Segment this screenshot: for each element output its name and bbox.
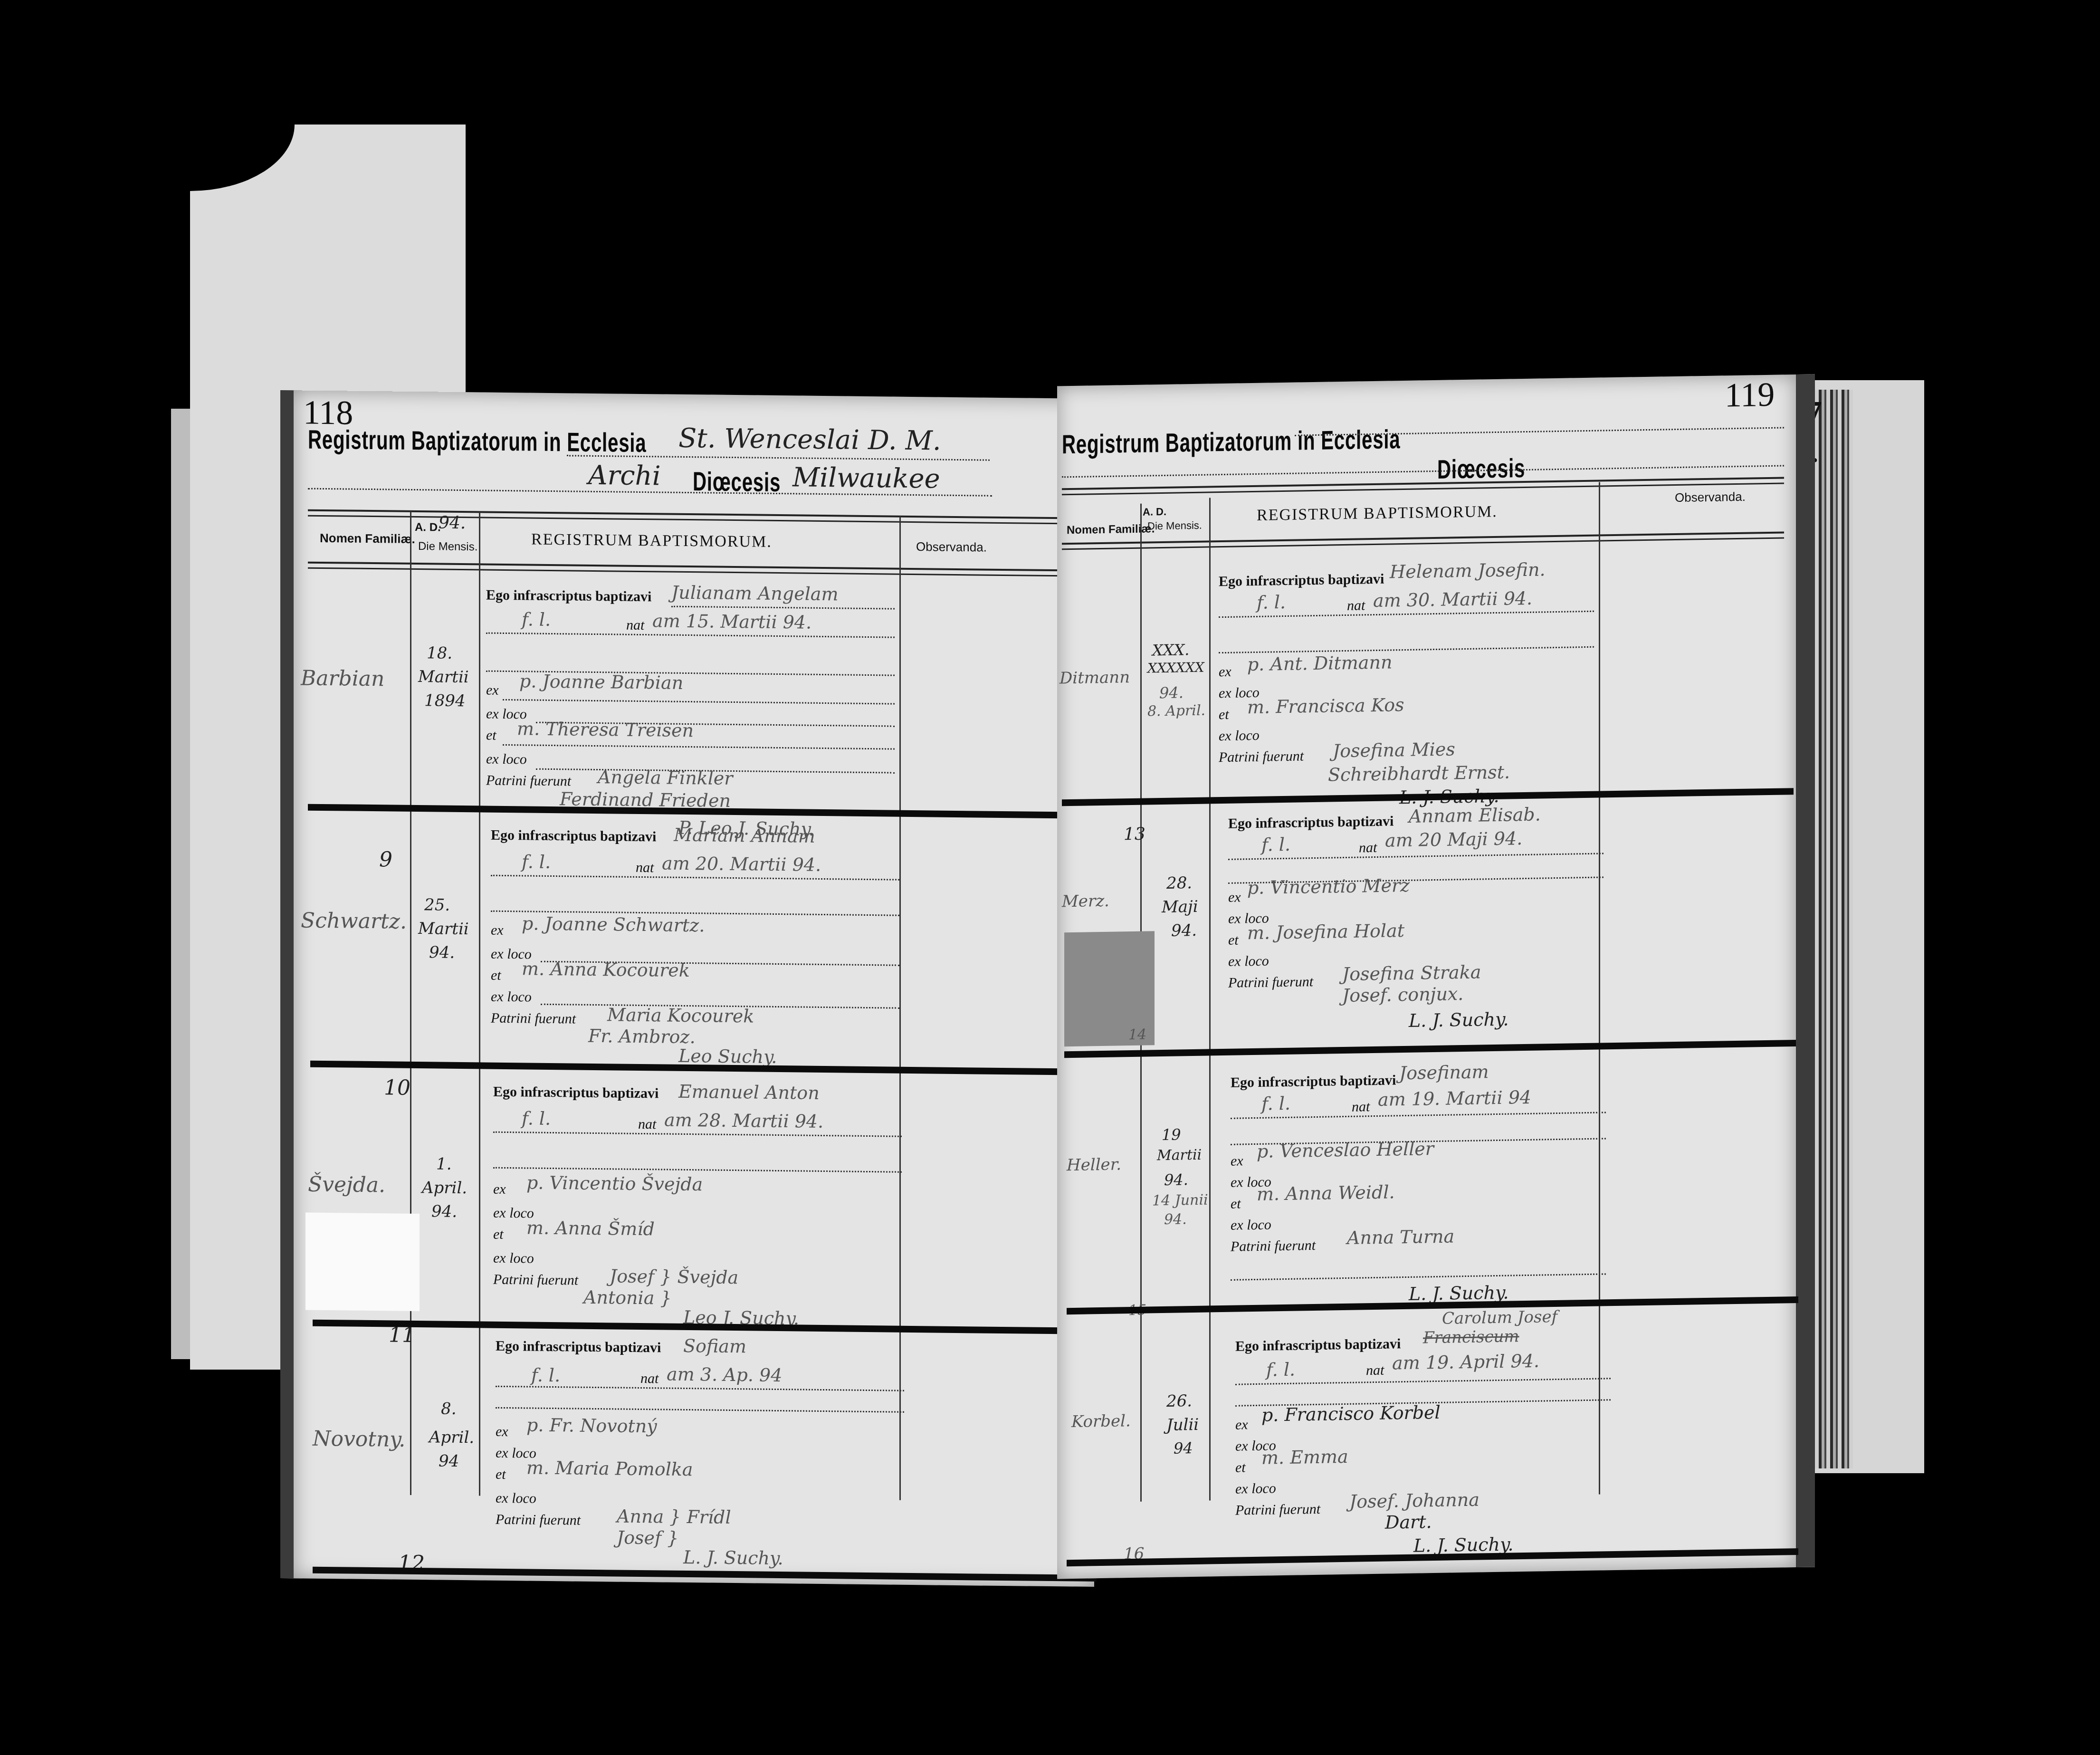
dotted-line [1231,1273,1606,1280]
loose-sheet-edge [171,409,192,1359]
legitimacy: f. l. [1266,1359,1295,1381]
label-et: et [493,1227,504,1243]
baptism-entry: Schwartz. 25. Martii 94. Ego infrascript… [294,813,1092,1069]
child-name: Carolum Josef [1442,1307,1557,1328]
godparent: Antonia } [583,1287,672,1309]
priest-signature: Leo Suchy. [678,1045,777,1067]
diocese-prefix: Archi [588,460,661,492]
mother-name: m. Anna Weidl. [1257,1181,1394,1205]
baptism-entry: Švejda. 1. April. 94. Ego infrascriptus … [294,1070,1092,1325]
father-name: p. Ant. Ditmann [1247,652,1392,675]
entry-year: 94. [1159,683,1184,702]
label-ego: Ego infrascriptus baptizavi [486,587,651,605]
birth-date: am 20. Martii 94. [662,853,821,875]
legitimacy: f. l. [1257,592,1286,613]
godparent: Josef } Švejda [610,1266,738,1288]
diocese-label: Diœcesis [1437,452,1525,485]
child-name: Helenam Josefin. [1390,559,1546,582]
label-patrini: Patrini fuerunt [486,773,571,790]
church-name: St. Wenceslai D. M. [678,423,941,457]
page-number: 119 [1725,375,1775,415]
priest-signature: L. J. Suchy. [683,1547,783,1569]
mother-name: m. Francisca Kos [1247,694,1404,718]
godparent: Fr. Ambroz. [588,1026,695,1047]
header-die-mensis: Die Mensis. [1147,519,1202,533]
header-observanda: Observanda. [1675,489,1746,505]
dotted-line [503,699,895,705]
godparent: Angela Finkler [598,767,733,789]
label-ego: Ego infrascriptus baptizavi [1228,813,1394,832]
mother-name: m. Theresa Treisen [517,718,694,741]
family-name: Barbian [301,666,384,691]
birth-date: am 20 Maji 94. [1385,828,1522,851]
family-name: Švejda. [308,1172,385,1198]
label-nat: nat [1366,1362,1384,1379]
entry-day: 26. [1166,1391,1192,1411]
godparent: Josefina Mies [1333,738,1455,761]
child-name: Emanuel Anton [678,1081,820,1103]
child-name: Annam Elisab. [1409,804,1541,827]
entry-year: 94. [1164,1170,1188,1189]
baptism-entry: Novotny. 8. April. 94 Ego infrascriptus … [294,1326,1092,1582]
header-registrum: REGISTRUM BAPTISMORUM. [1257,503,1498,525]
entry-year: 94 [1174,1439,1193,1458]
label-nat: nat [626,617,644,633]
godparent: Anna } Frídl [617,1506,731,1528]
godparent: Josef } [617,1527,678,1548]
header-registrum: REGISTRUM BAPTISMORUM. [531,531,772,551]
label-et: et [491,968,501,984]
header-die-mensis: Die Mensis. [418,540,477,554]
label-ex: ex [1219,664,1231,680]
entry-day: XXX. [1152,641,1190,659]
baptism-entry: Korbel. 26. Julii 94 Ego infrascriptus b… [1057,1306,1794,1564]
label-patrini: Patrini fuerunt [1219,748,1304,766]
priest-signature: L. J. Suchy. [1409,1009,1509,1031]
label-patrini: Patrini fuerunt [491,1010,576,1027]
label-ego: Ego infrascriptus baptizavi [493,1084,659,1102]
entry-month: XXXXXX [1147,660,1204,676]
label-ex-loco: ex loco [1228,953,1269,970]
right-page: 119 Registrum Baptizatorum in Ecclesia D… [1057,374,1815,1579]
entry-day: 25. [424,895,450,915]
header-observanda: Observanda. [916,539,987,555]
legitimacy: f. l. [531,1365,560,1386]
entry-day: 18. [427,643,452,663]
entry-year: 94. [431,1202,457,1221]
father-name: p. Venceslao Heller [1257,1138,1434,1162]
label-ex-loco: ex loco [486,751,527,768]
dotted-line [493,1132,902,1137]
godparent: Anna Turna [1347,1226,1454,1248]
label-ego: Ego infrascriptus baptizavi [1231,1072,1396,1091]
mother-name: m. Josefina Holat [1247,920,1404,943]
label-nat: nat [638,1116,656,1132]
father-name: p. Vincentio Švejda [526,1172,703,1195]
label-ex-loco: ex loco [493,1250,534,1267]
header-ad: A. D. [1143,506,1166,518]
dotted-line [491,875,899,881]
godparent: Maria Kocourek [607,1004,754,1026]
label-ex: ex [486,682,499,699]
label-patrini: Patrini fuerunt [1231,1237,1316,1255]
mother-name: m. Anna Šmíd [526,1217,655,1239]
label-ego: Ego infrascriptus baptizavi [1235,1336,1401,1354]
label-nat: nat [1347,597,1365,614]
label-et: et [486,728,496,744]
label-ex-loco: ex loco [1219,728,1260,744]
entry-year: 94. [429,943,455,962]
entry-date-note: 14 Junii [1152,1192,1208,1209]
entry-month: Martii [418,667,469,687]
register-title: Registrum Baptizatorum in Ecclesia [308,424,646,458]
dotted-line [496,1386,904,1391]
family-name: Novotny. [313,1427,405,1452]
godparent: Josef. Johanna [1349,1489,1480,1512]
entry-year: 94. [1171,921,1197,940]
left-page: 118 Registrum Baptizatorum in Ecclesia S… [280,390,1094,1587]
family-name: Heller. [1067,1155,1121,1175]
label-patrini: Patrini fuerunt [493,1272,578,1289]
birth-date: am 30. Martii 94. [1373,588,1532,611]
label-et: et [1228,932,1239,949]
entry-month: Maji [1162,897,1198,917]
godparent: Schreibhardt Ernst. [1328,762,1510,786]
child-name: Josefinam [1399,1061,1489,1084]
label-ex: ex [1231,1153,1243,1169]
label-et: et [1231,1196,1241,1212]
diocese-name: Milwaukee [792,462,940,494]
family-name: Merz. [1062,892,1109,911]
birth-date: am 15. Martii 94. [652,610,811,633]
entry-day: 19 [1162,1125,1181,1144]
entry-number: 14 [1128,1026,1146,1044]
register-title: Registrum Baptizatorum in Ecclesia [1062,423,1400,460]
label-patrini: Patrini fuerunt [496,1512,581,1529]
dotted-line [671,606,895,610]
entry-year: 1894 [424,691,466,710]
dotted-line [1219,646,1594,653]
dotted-line [503,744,895,750]
label-ex-loco: ex loco [1231,1217,1271,1233]
birth-date: am 3. Ap. 94 [667,1364,782,1386]
label-ex-loco: ex loco [496,1490,536,1507]
redaction-patch [305,1213,420,1312]
diocese-label: Diœcesis [693,466,781,498]
godparent: Josefina Straka [1342,962,1481,985]
label-ex: ex [491,922,504,939]
family-name: Ditmann [1060,668,1130,688]
father-name: p. Joanne Schwartz. [522,913,705,936]
entry-month: Julii [1166,1415,1199,1435]
birth-date: am 19. April 94. [1392,1351,1539,1374]
label-nat: nat [1352,1099,1370,1115]
entry-month: April. [429,1428,474,1447]
mother-name: m. Maria Pomolka [526,1457,693,1480]
label-ex: ex [1235,1417,1248,1433]
legitimacy: f. l. [522,609,551,630]
label-et: et [1235,1459,1246,1476]
label-patrini: Patrini fuerunt [1235,1501,1320,1519]
header-ad: A. D. [415,521,441,535]
label-nat: nat [636,860,654,876]
child-name: Julianam Angelam [671,582,838,605]
child-name: Sofiam [683,1335,746,1357]
label-ex: ex [1228,889,1241,905]
birth-date: am 28. Martii 94. [664,1109,823,1132]
entry-day: 1. [436,1154,451,1173]
label-et: et [1219,707,1229,723]
baptism-entry: Heller. 19 Martii 94. 14 Junii 94. Ego i… [1057,1049,1794,1308]
godparent: Josef. conjux. [1342,983,1463,1006]
label-ex: ex [493,1181,506,1198]
dotted-line [493,1167,902,1173]
entry-day: 8. [441,1400,456,1419]
mother-name: m. Emma [1261,1446,1348,1468]
legitimacy: f. l. [1261,1093,1290,1114]
entry-date-note-year: 94. [1164,1211,1187,1228]
header-nomen: Nomen Familiæ. [320,531,415,547]
baptism-entry: Barbian 18. Martii 1894 Ego infrascriptu… [294,566,1092,822]
label-nat: nat [1359,840,1377,856]
header-ad-year: 94. [439,513,466,533]
father-name: p. Francisco Korbel [1261,1402,1441,1426]
mother-name: m. Anna Kocourek [522,958,690,981]
entry-date-note: 8. April. [1147,702,1205,720]
diocese-line [1062,465,1784,478]
label-ex-loco: ex loco [1235,1480,1276,1497]
entry-month: Martii [418,919,469,939]
legitimacy: f. l. [1261,834,1290,855]
label-ex-loco: ex loco [491,989,532,1006]
entry-year: 94 [439,1452,459,1471]
label-patrini: Patrini fuerunt [1228,974,1313,991]
label-nat: nat [640,1371,659,1387]
entry-month: April. [422,1178,467,1198]
label-ego: Ego infrascriptus baptizavi [491,827,656,845]
label-ego: Ego infrascriptus baptizavi [1219,571,1384,590]
legitimacy: f. l. [522,1108,551,1129]
dotted-line [486,633,895,638]
family-name: Korbel. [1071,1411,1131,1431]
entry-month: Martii [1157,1147,1202,1164]
legitimacy: f. l. [522,851,551,873]
entry-day: 28. [1166,873,1192,893]
family-name: Schwartz. [301,908,407,933]
father-name: p. Fr. Novotný [526,1414,657,1437]
child-name: Mariam Annam [674,825,815,847]
dotted-line [496,1407,904,1413]
child-name-struck: Franciscum [1423,1327,1519,1347]
baptism-entry: Ditmann XXX. XXXXXX 94. 8. April. Ego in… [1057,536,1794,795]
father-name: p. Joanne Barbian [519,671,683,693]
birth-date: am 19. Martii 94 [1378,1087,1531,1110]
label-et: et [496,1467,506,1483]
label-ego: Ego infrascriptus baptizavi [496,1338,661,1356]
baptism-entry: Merz. 28. Maji 94. 14 Ego infrascriptus … [1057,797,1794,1056]
father-name: p. Vincentio Merz [1247,875,1410,898]
label-ex: ex [496,1424,508,1440]
godparent: Dart. [1385,1511,1432,1533]
